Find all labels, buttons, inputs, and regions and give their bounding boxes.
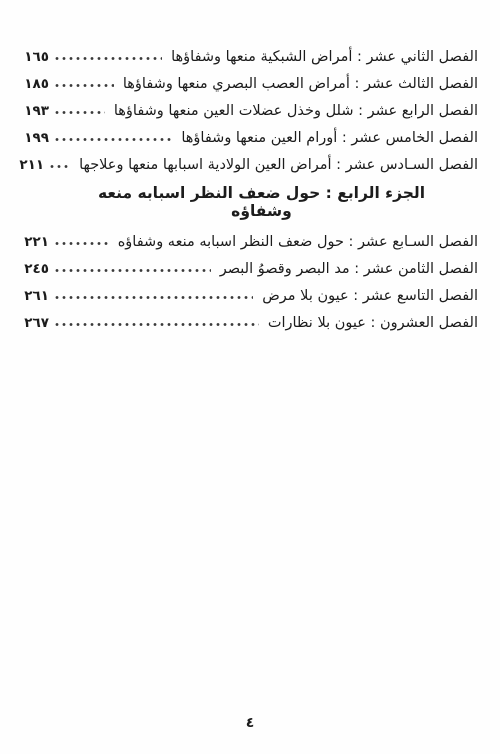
chapter-page-number: ١٦٥ xyxy=(15,49,49,65)
toc-entry: الفصل السـابع عشر : حول ضعف النظر اسبابه… xyxy=(15,234,478,250)
dot-leader xyxy=(55,56,162,61)
chapter-page-number: ٢٤٥ xyxy=(15,261,49,277)
chapter-title: الفصل السـابع عشر : حول ضعف النظر اسبابه… xyxy=(118,234,478,250)
dot-leader xyxy=(55,83,114,88)
chapter-title: الفصل الثاني عشر : أمراض الشبكية منعها و… xyxy=(171,49,478,65)
chapter-title: الفصل الرابع عشر : شلل وخذل عضلات العين … xyxy=(114,103,478,119)
dot-leader xyxy=(55,322,259,327)
chapter-title: الفصل التاسع عشر : عيون بلا مرض xyxy=(262,288,478,304)
dot-leader xyxy=(50,164,70,169)
toc-entry: الفصل العشرون : عيون بلا نظارات ٢٦٧ xyxy=(15,315,478,331)
chapter-page-number: ٢٦٧ xyxy=(15,315,49,331)
chapter-title: الفصل الثامن عشر : مد البصر وقصوُ البصر xyxy=(220,261,478,277)
chapter-title: الفصل الثالث عشر : أمراض العصب البصري من… xyxy=(123,76,478,92)
chapter-page-number: ٢٢١ xyxy=(15,234,49,250)
dot-leader xyxy=(55,137,172,142)
dot-leader xyxy=(55,295,253,300)
toc-entry: الفصل الثامن عشر : مد البصر وقصوُ البصر … xyxy=(15,261,478,277)
toc-entry: الفصل الرابع عشر : شلل وخذل عضلات العين … xyxy=(15,103,478,119)
part-heading: الجزء الرابع : حول ضعف النظر اسبابه منعه… xyxy=(75,184,448,220)
dot-leader xyxy=(55,268,211,273)
toc-entry: الفصل الثالث عشر : أمراض العصب البصري من… xyxy=(15,76,478,92)
dot-leader xyxy=(55,110,105,115)
dot-leader xyxy=(55,241,109,246)
chapter-page-number: ٢٦١ xyxy=(15,288,49,304)
toc-entry: الفصل الخامس عشر : أورام العين منعها وشف… xyxy=(15,130,478,146)
toc-entry: الفصل الثاني عشر : أمراض الشبكية منعها و… xyxy=(15,49,478,65)
chapter-title: الفصل العشرون : عيون بلا نظارات xyxy=(268,315,478,331)
toc-entry: الفصل التاسع عشر : عيون بلا مرض ٢٦١ xyxy=(15,288,478,304)
toc-entry: الفصل السـادس عشر : أمراض العين الولادية… xyxy=(15,157,478,173)
chapter-title: الفصل السـادس عشر : أمراض العين الولادية… xyxy=(79,157,478,173)
book-page: الفصل الثاني عشر : أمراض الشبكية منعها و… xyxy=(0,0,500,754)
chapter-page-number: ٢١١ xyxy=(10,157,44,173)
chapter-page-number: ١٨٥ xyxy=(15,76,49,92)
folio-page-number: ٤ xyxy=(0,715,500,731)
chapter-page-number: ١٩٩ xyxy=(15,130,49,146)
table-of-contents: الفصل الثاني عشر : أمراض الشبكية منعها و… xyxy=(0,0,500,331)
chapter-page-number: ١٩٣ xyxy=(15,103,49,119)
chapter-title: الفصل الخامس عشر : أورام العين منعها وشف… xyxy=(181,130,478,146)
